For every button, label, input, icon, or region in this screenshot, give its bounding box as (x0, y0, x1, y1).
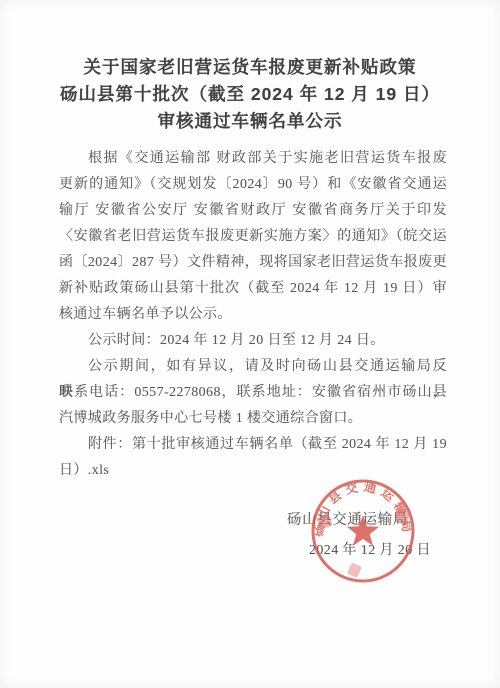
body-line: 根据《交通运输部 财政部关于实施老旧营运货车报废 (59, 146, 447, 172)
body-line: 〈安徽省老旧营运货车报废更新实施方案〉的通知》（皖交运 (59, 224, 447, 250)
seal-smudge (347, 562, 362, 578)
signature-date: 2024 年 12 月 20 日 (309, 539, 431, 559)
body-line: 更新的通知》（交规划发〔2024〕90 号）和《安徽省交通运 (59, 172, 447, 198)
title-line-1: 关于国家老旧营运货车报废更新补贴政策 (0, 54, 500, 81)
document-page: 关于国家老旧营运货车报废更新补贴政策 砀山县第十批次（截至 2024 年 12 … (0, 0, 500, 688)
body-line: 日）.xls (59, 458, 447, 484)
body-line: 函〔2024〕287 号）文件精神，现将国家老旧营运货车报废更 (59, 250, 447, 276)
body-line: 输厅 安徽省公安厅 安徽省财政厅 安徽省商务厅关于印发 (59, 198, 447, 224)
body-line: 附件：第十批审核通过车辆名单（截至 2024 年 12 月 19 (59, 432, 447, 458)
signature-agency: 砀山县交通运输局 (287, 508, 408, 529)
document-title: 关于国家老旧营运货车报废更新补贴政策 砀山县第十批次（截至 2024 年 12 … (0, 54, 500, 135)
body-line: 核通过车辆名单予以公示。 (59, 302, 447, 328)
seal-ring (313, 481, 413, 581)
body-line: 公示期间，如有异议，请及时向砀山县交通运输局反映， (59, 354, 447, 380)
official-seal: 砀山县交通运输局 (308, 476, 418, 586)
body-line: 新补贴政策砀山县第十批次（截至 2024 年 12 月 19 日）审 (59, 276, 447, 302)
body-line: 联系电话：0557-2278068，联系地址：安徽省宿州市砀山县 (59, 380, 447, 406)
body-line: 公示时间：2024 年 12 月 20 日至 12 月 24 日。 (59, 328, 447, 354)
official-seal-graphic: 砀山县交通运输局 (308, 476, 418, 586)
title-line-2: 砀山县第十批次（截至 2024 年 12 月 19 日） (0, 81, 500, 108)
title-line-3: 审核通过车辆名单公示 (0, 108, 500, 135)
document-body: 根据《交通运输部 财政部关于实施老旧营运货车报废更新的通知》（交规划发〔2024… (59, 146, 447, 484)
body-line: 汽博城政务服务中心七号楼 1 楼交通综合窗口。 (59, 406, 447, 432)
